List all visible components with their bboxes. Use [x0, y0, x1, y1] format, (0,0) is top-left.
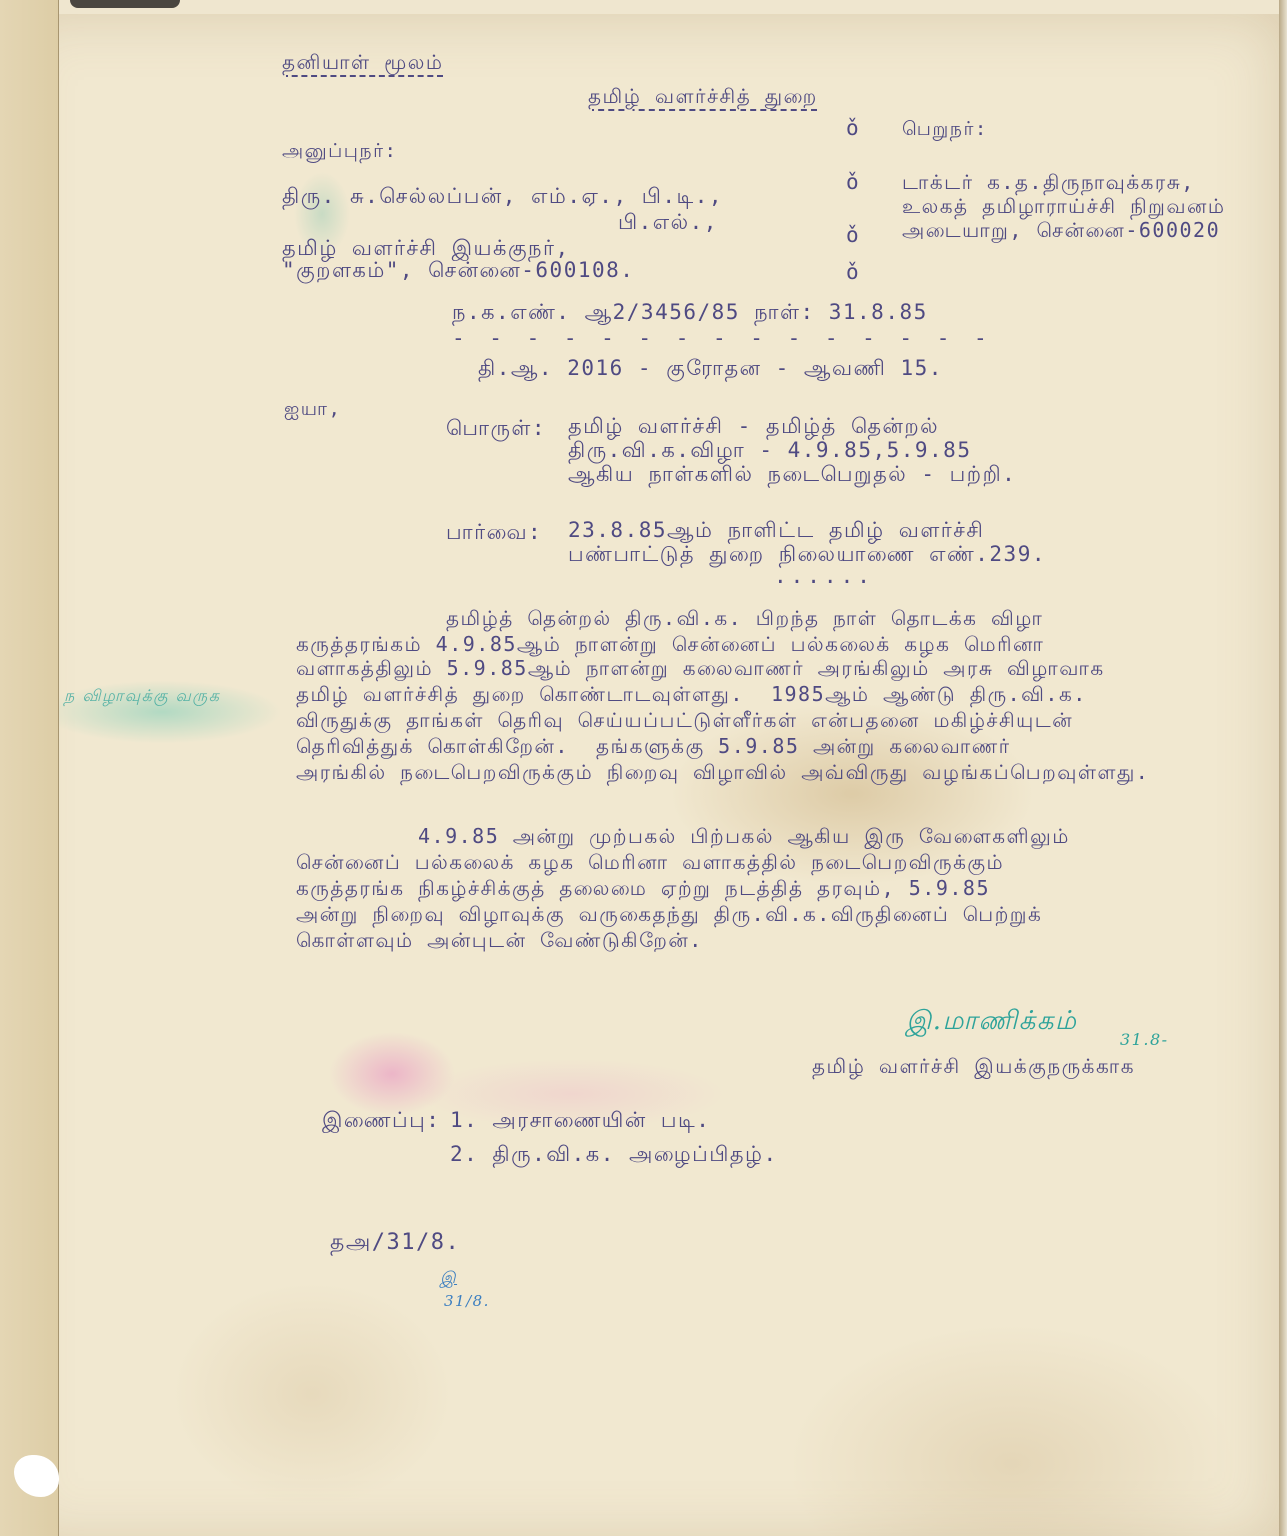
- subject-line: தமிழ் வளர்ச்சி - தமிழ்த் தென்றல்: [568, 416, 939, 437]
- enclosure-item: 2. திரு.வி.க. அழைப்பிதழ்.: [450, 1144, 778, 1165]
- reference-doc-line: பண்பாட்டுத் துறை நிலையாணை எண்.239.: [568, 544, 1046, 565]
- subject-line: ஆகிய நாள்களில் நடைபெறுதல் - பற்றி.: [568, 464, 1016, 485]
- sender-line: பி.எல்.,: [618, 212, 718, 233]
- signature-initials: 31.8-: [1120, 1032, 1169, 1048]
- salutation: ஐயா,: [284, 400, 341, 419]
- tagline: தனியாள் மூலம்: [282, 52, 443, 72]
- sender-line: திரு. சு.செல்லப்பன், எம்.ஏ., பி.டி.,: [282, 186, 723, 207]
- body-line: கருத்தரங்கம் 4.9.85ஆம் நாளன்று சென்னைப் …: [296, 634, 1044, 654]
- signature-designation: தமிழ் வளர்ச்சி இயக்குநருக்காக: [812, 1056, 1135, 1076]
- body-line: தமிழ்த் தென்றல் திரு.வி.க. பிறந்த நாள் த…: [446, 608, 1043, 628]
- sender-line: தமிழ் வளர்ச்சி இயக்குநர்,: [282, 238, 570, 259]
- column-separator-icon: ǒ: [846, 225, 860, 246]
- page-edge: [1279, 0, 1287, 1536]
- reference-doc-line: 23.8.85ஆம் நாளிட்ட தமிழ் வளர்ச்சி: [568, 520, 984, 541]
- recipient-line: உலகத் தமிழாராய்ச்சி நிறுவனம்: [902, 196, 1225, 216]
- department-title: தமிழ் வளர்ச்சித் துறை: [588, 86, 818, 106]
- column-separator-icon: ǒ: [846, 262, 860, 283]
- column-separator-icon: ǒ: [846, 172, 860, 193]
- recipient-line: அடையாறு, சென்னை-600020: [902, 220, 1220, 240]
- recipient-line: டாக்டர் க.த.திருநாவுக்கரசு,: [902, 172, 1195, 192]
- sender-line: "குறளகம்", சென்னை-600108.: [282, 260, 634, 281]
- dash-divider: - - - - - - - - - - - - - - -: [452, 328, 993, 349]
- enclosure-item: 1. அரசாணையின் படி.: [450, 1110, 710, 1131]
- subject-label: பொருள்:: [446, 418, 546, 439]
- clip-shadow: [70, 0, 180, 8]
- recipient-label: பெறுநர்:: [902, 120, 988, 139]
- initial-note-date: 31/8.: [444, 1294, 490, 1309]
- initial-note: இ: [440, 1270, 457, 1286]
- enclosure-label: இணைப்பு:: [322, 1110, 440, 1131]
- handwritten-signature: இ.மாணிக்கம்: [906, 1008, 1077, 1034]
- file-mark: தஅ/31/8.: [330, 1232, 460, 1254]
- reference-doc-label: பார்வை:: [446, 522, 542, 543]
- margin-note: ந விழாவுக்கு வருக: [64, 688, 220, 704]
- body-line: தெரிவித்துக் கொள்கிறேன். தங்களுக்கு 5.9.…: [296, 736, 1011, 756]
- body-line: சென்னைப் பல்கலைக் கழக மெரினா வளாகத்தில் …: [296, 852, 1004, 872]
- body-line: அரங்கில் நடைபெறவிருக்கும் நிறைவு விழாவில…: [296, 762, 1149, 782]
- body-line: அன்று நிறைவு விழாவுக்கு வருகைதந்து திரு.…: [296, 904, 1042, 924]
- column-separator-icon: ǒ: [846, 118, 860, 139]
- body-line: கருத்தரங்க நிகழ்ச்சிக்குத் தலைமை ஏற்று ந…: [296, 878, 990, 898]
- body-line: தமிழ் வளர்ச்சித் துறை கொண்டாடவுள்ளது. 19…: [296, 684, 1087, 704]
- binding-strip: [0, 0, 59, 1536]
- dot-divider: ......: [774, 566, 874, 587]
- body-line: கொள்ளவும் அன்புடன் வேண்டுகிறேன்.: [296, 930, 703, 950]
- tamil-date: தி.ஆ. 2016 - குரோதன - ஆவணி 15.: [478, 358, 943, 379]
- body-line: வளாகத்திலும் 5.9.85ஆம் நாளன்று கலைவாணர் …: [296, 658, 1105, 678]
- body-line: 4.9.85 அன்று முற்பகல் பிற்பகல் ஆகிய இரு …: [418, 826, 1070, 846]
- reference-number: ந.க.எண். ஆ2/3456/85 நாள்: 31.8.85: [452, 302, 928, 323]
- sender-label: அனுப்புநர்:: [282, 142, 398, 161]
- subject-line: திரு.வி.க.விழா - 4.9.85,5.9.85: [568, 440, 971, 461]
- body-line: விருதுக்கு தாங்கள் தெரிவு செய்யப்பட்டுள்…: [296, 710, 1073, 730]
